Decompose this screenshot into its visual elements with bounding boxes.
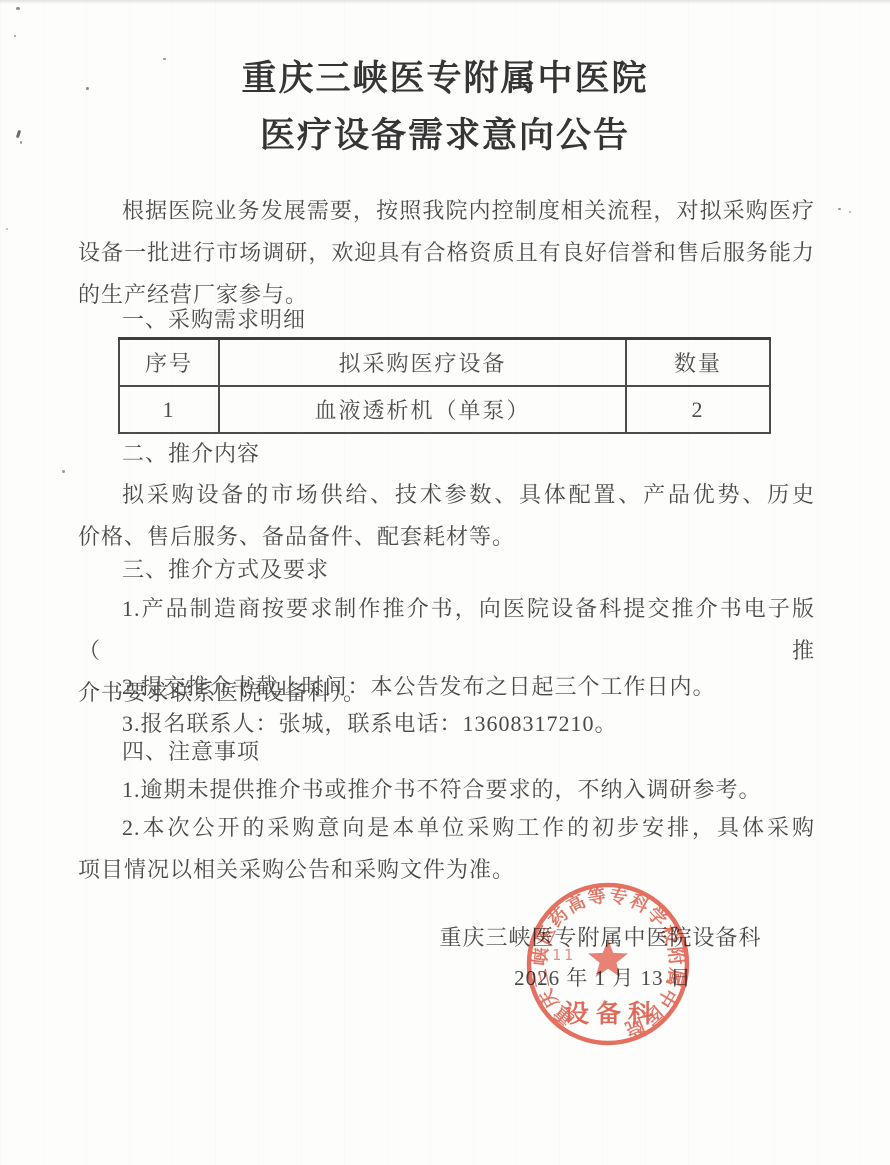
paragraph-line: 根据医院业务发展需要，按照我院内控制度相关流程，对拟采购医疗 [78, 190, 815, 232]
paragraph-line: 1.产品制造商按要求制作推介书，向医院设备科提交推介书电子版（推 [78, 588, 815, 672]
paragraph-line: 拟采购设备的市场供给、技术参数、具体配置、产品优势、历史 [78, 474, 815, 516]
section-3-item-2: 2.提交推介书截止时间：本公告发布之日起三个工作日内。 [78, 666, 815, 708]
paragraph-line: 项目情况以相关采购公告和采购文件为准。 [78, 849, 815, 891]
section-4-heading: 四、注意事项 [78, 731, 815, 773]
scan-artifact [6, 228, 8, 230]
seal-bottom-text: 设备科 [564, 999, 660, 1028]
cell-quantity: 2 [626, 386, 770, 433]
section-3-heading: 三、推介方式及要求 [78, 549, 815, 591]
cell-device-name: 血液透析机（单泵） [219, 386, 626, 433]
document-title: 重庆三峡医专附属中医院 医疗设备需求意向公告 [0, 50, 890, 164]
table-header-quantity: 数量 [626, 339, 770, 387]
signature-org: 重庆三峡医专附属中医院设备科 [428, 917, 773, 959]
scanned-document-page: 重庆三峡医专附属中医院 医疗设备需求意向公告 根据医院业务发展需要，按照我院内控… [0, 0, 890, 1165]
section-4-item-1: 1.逾期未提供推介书或推介书不符合要求的，不纳入调研参考。 [78, 769, 815, 811]
scan-artifact [838, 208, 841, 210]
paragraph-line: 设备一批进行市场调研，欢迎具有合格资质且有良好信誉和售后服务能力 [78, 232, 815, 274]
section-2-body: 拟采购设备的市场供给、技术参数、具体配置、产品优势、历史 价格、售后服务、备品备… [78, 474, 815, 558]
scan-artifact [14, 35, 16, 37]
section-2-heading: 二、推介内容 [78, 433, 815, 475]
section-1-heading: 一、采购需求明细 [78, 299, 815, 341]
scan-artifact [849, 211, 851, 213]
section-4-item-2: 2.本次公开的采购意向是本单位采购工作的初步安排，具体采购 项目情况以相关采购公… [78, 807, 815, 891]
scan-artifact [16, 7, 20, 10]
scan-artifact [62, 470, 65, 473]
document-title-line-1: 重庆三峡医专附属中医院 [0, 50, 890, 107]
table-row: 1 血液透析机（单泵） 2 [119, 386, 770, 433]
signature-date: 2026 年 1 月 13 日 [505, 958, 701, 998]
document-title-line-2: 医疗设备需求意向公告 [0, 107, 890, 164]
table-header-device: 拟采购医疗设备 [219, 339, 626, 387]
table-header-row: 序号 拟采购医疗设备 数量 [119, 339, 770, 387]
intro-paragraph: 根据医院业务发展需要，按照我院内控制度相关流程，对拟采购医疗 设备一批进行市场调… [78, 190, 815, 316]
procurement-table: 序号 拟采购医疗设备 数量 1 血液透析机（单泵） 2 [118, 337, 771, 434]
paragraph-line: 2.本次公开的采购意向是本单位采购工作的初步安排，具体采购 [78, 807, 815, 849]
table-header-serial: 序号 [119, 339, 219, 387]
cell-serial-number: 1 [119, 386, 219, 433]
